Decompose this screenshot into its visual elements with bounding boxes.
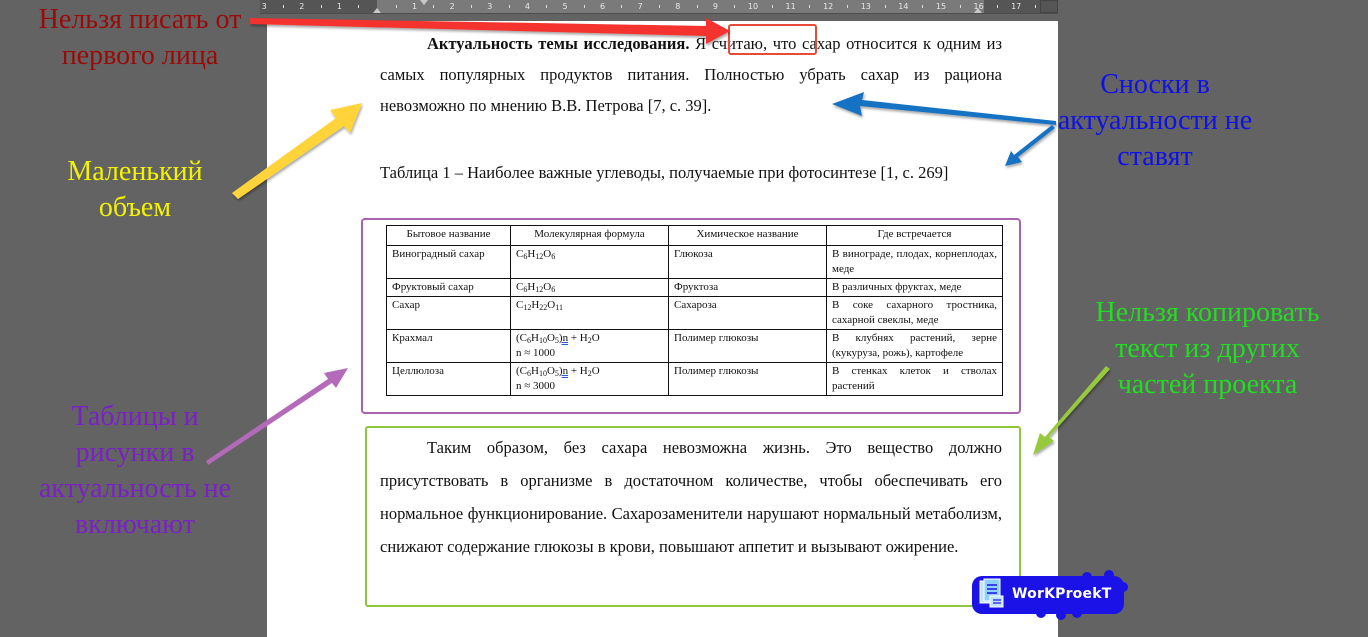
table-row: Фруктовый сахарC6H12O6ФруктозаВ различны… [387,279,1003,297]
ruler-tick [847,5,848,8]
ruler-number: 9 [713,1,718,12]
first-line-indent-marker[interactable] [420,0,428,5]
ruler-number: 1 [412,1,417,12]
cell-common-name: Виноградный сахар [387,246,511,279]
ruler-number: 14 [898,1,908,12]
ruler-number: 12 [823,1,833,12]
document-page[interactable]: Актуальность темы исследования. Я считаю… [267,21,1058,637]
ruler-tick [321,5,322,8]
ruler-number: 2 [450,1,455,12]
ruler-tick [433,5,434,8]
cell-chemical-name: Глюкоза [669,246,827,279]
ruler-tick [546,5,547,8]
ruler-toggle[interactable] [1040,0,1058,13]
cell-occurrence: В соке сахарного тростника, сахарной све… [827,297,1003,330]
workproekt-logo: WorKProekT [972,572,1128,616]
ruler-number: 5 [562,1,567,12]
first-person-highlight-box [728,24,817,55]
table-caption: Таблица 1 – Наиболее важные углеводы, по… [380,157,1002,188]
column-header: Где встречается [827,226,1003,246]
cell-common-name: Крахмал [387,330,511,363]
column-header: Химическое название [669,226,827,246]
cell-common-name: Сахар [387,297,511,330]
table-row: Крахмал(C6H10O5)n + H2On ≈ 1000Полимер г… [387,330,1003,363]
ruler-tick [471,5,472,8]
cell-chemical-name: Сахароза [669,297,827,330]
annotation-first-person: Нельзя писать от первого лица [30,2,250,74]
ruler-tick [997,5,998,8]
ruler-number: 15 [936,1,946,12]
cell-occurrence: В стенках клеток и стволах растений [827,363,1003,396]
ruler-tick [621,5,622,8]
ruler-number: 8 [675,1,680,12]
ruler-tick [396,5,397,8]
annotation-footnotes: Сноски в актуальности не ставят [1050,67,1260,175]
ruler-number: 10 [748,1,758,12]
ruler-tick [659,5,660,8]
cell-chemical-name: Полимер глюкозы [669,363,827,396]
ruler-tick [809,5,810,8]
table-row: Целлюлоза(C6H10O5)n + H2On ≈ 3000Полимер… [387,363,1003,396]
ruler-tick [734,5,735,8]
relevance-paragraph[interactable]: Актуальность темы исследования. Я считаю… [380,28,1002,121]
ruler-tick [358,5,359,8]
ruler-tick [283,5,284,8]
cell-chemical-name: Полимер глюкозы [669,330,827,363]
cell-occurrence: В различных фруктах, меде [827,279,1003,297]
relevance-heading: Актуальность темы исследования [427,34,685,53]
document-stack-icon [978,578,1006,610]
column-header: Молекулярная формула [511,226,669,246]
cell-formula: (C6H10O5)n + H2On ≈ 3000 [511,363,669,396]
column-header: Бытовое название [387,226,511,246]
horizontal-ruler[interactable]: 3211234567891011121314151617 [260,0,1058,14]
ruler-number: 11 [786,1,796,12]
conclusion-paragraph[interactable]: Таким образом, без сахара невозможна жиз… [380,431,1002,563]
cell-formula: (C6H10O5)n + H2On ≈ 1000 [511,330,669,363]
ruler-number: 3 [487,1,492,12]
ruler-number: 3 [262,1,267,12]
ruler-tick [960,5,961,8]
ruler-number: 16 [974,1,984,12]
ruler-tick [509,5,510,8]
carbohydrates-table: Бытовое название Молекулярная формула Хи… [386,225,1003,396]
cell-common-name: Фруктовый сахар [387,279,511,297]
annotation-no-copy: Нельзя копировать текст из других частей… [1075,295,1340,403]
ruler-tick [885,5,886,8]
ruler-tick [922,5,923,8]
annotation-small-volume: Маленький объем [40,154,230,226]
cell-common-name: Целлюлоза [387,363,511,396]
cell-occurrence: В винограде, плодах, корнеплодах, меде [827,246,1003,279]
left-indent-marker[interactable] [373,8,381,13]
ruler-tick [772,5,773,8]
ruler-tick [584,5,585,8]
ruler-tick [697,5,698,8]
ruler-number: 4 [525,1,530,12]
ruler-number: 13 [861,1,871,12]
ruler-number: 7 [638,1,643,12]
table-header-row: Бытовое название Молекулярная формула Хи… [387,226,1003,246]
cell-formula: C6H12O6 [511,279,669,297]
cell-occurrence: В клубнях растений, зерне (кукуруза, рож… [827,330,1003,363]
annotation-tables-figures: Таблицы и рисунки в актуальность не вклю… [20,399,250,543]
ruler-left-margin [260,0,377,13]
ruler-number: 2 [299,1,304,12]
cell-formula: C12H22O11 [511,297,669,330]
table-row: Виноградный сахарC6H12O6ГлюкозаВ виногра… [387,246,1003,279]
ruler-number: 17 [1011,1,1021,12]
logo-text: WorKProekT [1012,586,1111,602]
table-row: СахарC12H22O11СахарозаВ соке сахарного т… [387,297,1003,330]
cell-chemical-name: Фруктоза [669,279,827,297]
cell-formula: C6H12O6 [511,246,669,279]
ruler-tick [1035,5,1036,8]
ruler-number: 6 [600,1,605,12]
ruler-number: 1 [337,1,342,12]
